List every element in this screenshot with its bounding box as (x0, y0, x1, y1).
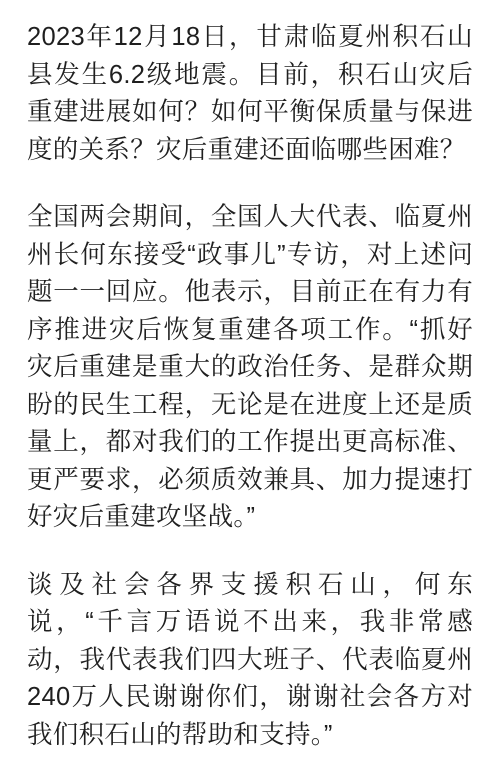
paragraph-interview-response: 全国两会期间，全国人大代表、临夏州州长何东接受“政事儿”专访，对上述问题一一回应… (27, 199, 473, 537)
article-body: 2023年12月18日，甘肃临夏州积石山县发生6.2级地震。目前，积石山灾后重建… (0, 0, 500, 754)
paragraph-thanks-quote: 谈及社会各界支援积石山，何东说，“千言万语说不出来，我非常感动，我代表我们四大班… (27, 567, 473, 755)
paragraph-intro: 2023年12月18日，甘肃临夏州积石山县发生6.2级地震。目前，积石山灾后重建… (27, 19, 473, 169)
